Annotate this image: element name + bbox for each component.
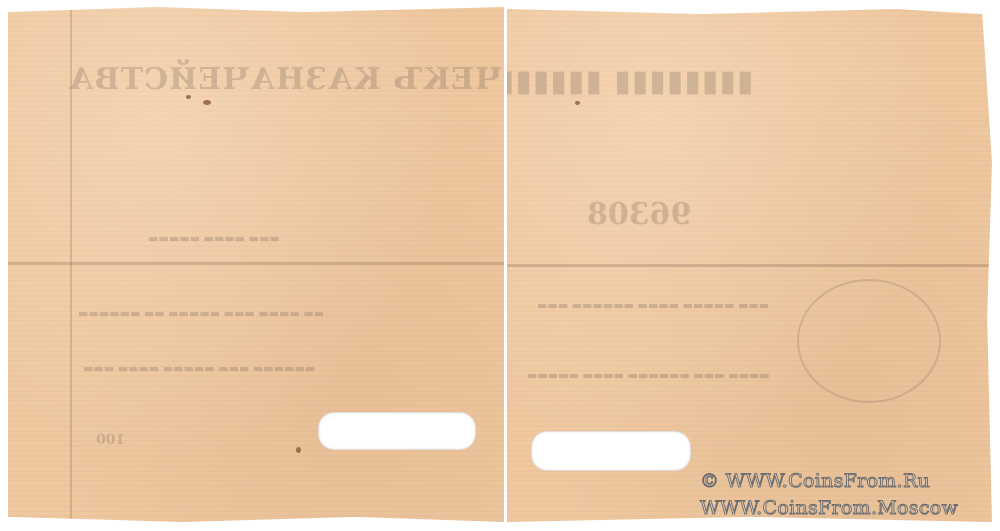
mirrored-serial-number: 96308: [587, 197, 691, 232]
horizontal-fold: [507, 264, 992, 267]
mirrored-denomination: 100: [96, 432, 125, 448]
mirrored-text-line: ▬▬▬ ▬▬▬▬▬ ▬▬▬▬ ▬▬▬▬▬▬ ▬▬▬: [537, 299, 769, 312]
mirrored-title-right: ▮▮▮▮▮▮▮▮ ▮▮▮▮▮▮: [497, 64, 754, 99]
watermark-line-2: WWW.CoinsFrom.Moscow: [700, 497, 958, 519]
mirrored-text-line: ▬▬▬ ▬▬▬▬ ▬▬▬▬▬: [148, 232, 280, 245]
stain: [296, 447, 301, 453]
cancellation-hole-left: [318, 412, 476, 450]
mirrored-text-line: ▬▬▬▬ ▬▬▬ ▬▬▬▬▬▬ ▬▬▬▬ ▬▬▬▬▬: [527, 369, 770, 382]
mirrored-text-line: ▬▬▬▬▬▬ ▬▬▬ ▬▬▬▬▬ ▬▬▬▬ ▬▬▬: [83, 362, 315, 375]
stain: [203, 100, 211, 105]
watermark-line-1: © WWW.CoinsFrom.Ru: [700, 470, 930, 492]
cancellation-hole-right: [531, 431, 691, 471]
stain: [575, 101, 580, 105]
stain: [186, 95, 191, 99]
mirrored-text-line: ▬▬ ▬▬▬▬ ▬▬▬ ▬▬▬▬▬ ▬▬ ▬▬▬▬▬▬: [78, 307, 324, 320]
horizontal-fold: [8, 262, 504, 265]
seal-impression: [797, 279, 941, 403]
